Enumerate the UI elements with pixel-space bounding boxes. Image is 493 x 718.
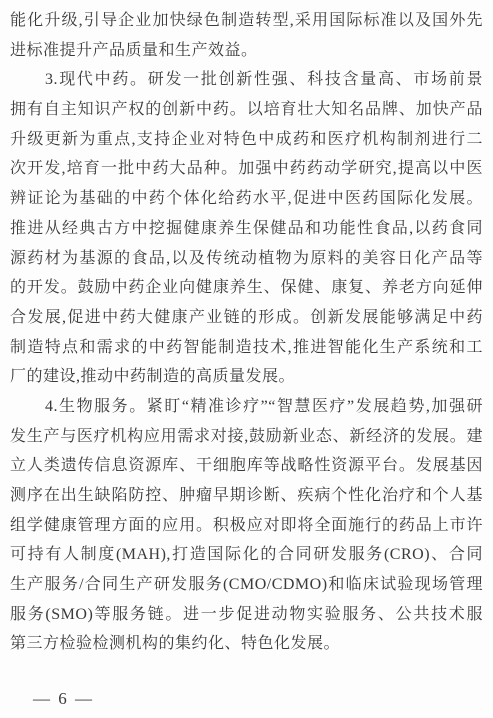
text-line: 厂的建设,推动中药制造的高质量发展。 bbox=[10, 362, 483, 392]
text-line: 源药材为基源的食品,以及传统动植物为原料的美容日化产品等 bbox=[10, 244, 483, 274]
text-line: 服务(SMO)等服务链。进一步促进动物实验服务、公共技术服务、 bbox=[10, 600, 483, 630]
text-line: 拥有自主知识产权的创新中药。以培育壮大知名品牌、加快产品 bbox=[10, 95, 483, 125]
text-line: 生产服务/合同生产研发服务(CMO/CDMO)和临床试验现场管理 bbox=[10, 570, 483, 600]
text-line: 次开发,培育一批中药大品种。加强中药药动学研究,提高以中医 bbox=[10, 154, 483, 184]
text-line: 发生产与医疗机构应用需求对接,鼓励新业态、新经济的发展。建 bbox=[10, 422, 483, 452]
text-line: 组学健康管理方面的应用。积极应对即将全面施行的药品上市许 bbox=[10, 511, 483, 541]
body-text: 能化升级,引导企业加快绿色制造转型,采用国际标准以及国外先进标准提升产品质量和生… bbox=[10, 6, 483, 659]
text-line: 制造特点和需求的中药智能制造技术,推进智能化生产系统和工 bbox=[10, 333, 483, 363]
document-page: 能化升级,引导企业加快绿色制造转型,采用国际标准以及国外先进标准提升产品质量和生… bbox=[0, 0, 493, 718]
text-line: 4.生物服务。紧盯“精准诊疗”“智慧医疗”发展趋势,加强研 bbox=[10, 392, 483, 422]
text-line: 进标准提升产品质量和生产效益。 bbox=[10, 36, 483, 66]
text-line: 辨证论为基础的中药个体化给药水平,促进中医药国际化发展。 bbox=[10, 184, 483, 214]
text-line: 推进从经典古方中挖掘健康养生保健品和功能性食品,以药食同 bbox=[10, 214, 483, 244]
text-line: 测序在出生缺陷防控、肿瘤早期诊断、疾病个性化治疗和个人基因 bbox=[10, 481, 483, 511]
text-line: 能化升级,引导企业加快绿色制造转型,采用国际标准以及国外先 bbox=[10, 6, 483, 36]
text-line: 的开发。鼓励中药企业向健康养生、保健、康复、养老方向延伸融 bbox=[10, 273, 483, 303]
text-line: 立人类遗传信息资源库、干细胞库等战略性资源平台。发展基因 bbox=[10, 451, 483, 481]
text-line: 升级更新为重点,支持企业对特色中成药和医疗机构制剂进行二 bbox=[10, 125, 483, 155]
text-line: 可持有人制度(MAH),打造国际化的合同研发服务(CRO)、合同 bbox=[10, 540, 483, 570]
text-line: 合发展,促进中药大健康产业链的形成。创新发展能够满足中药 bbox=[10, 303, 483, 333]
page-number: — 6 — bbox=[10, 689, 483, 709]
text-line: 第三方检验检测机构的集约化、特色化发展。 bbox=[10, 629, 483, 659]
text-line: 3.现代中药。研发一批创新性强、科技含量高、市场前景好、 bbox=[10, 65, 483, 95]
